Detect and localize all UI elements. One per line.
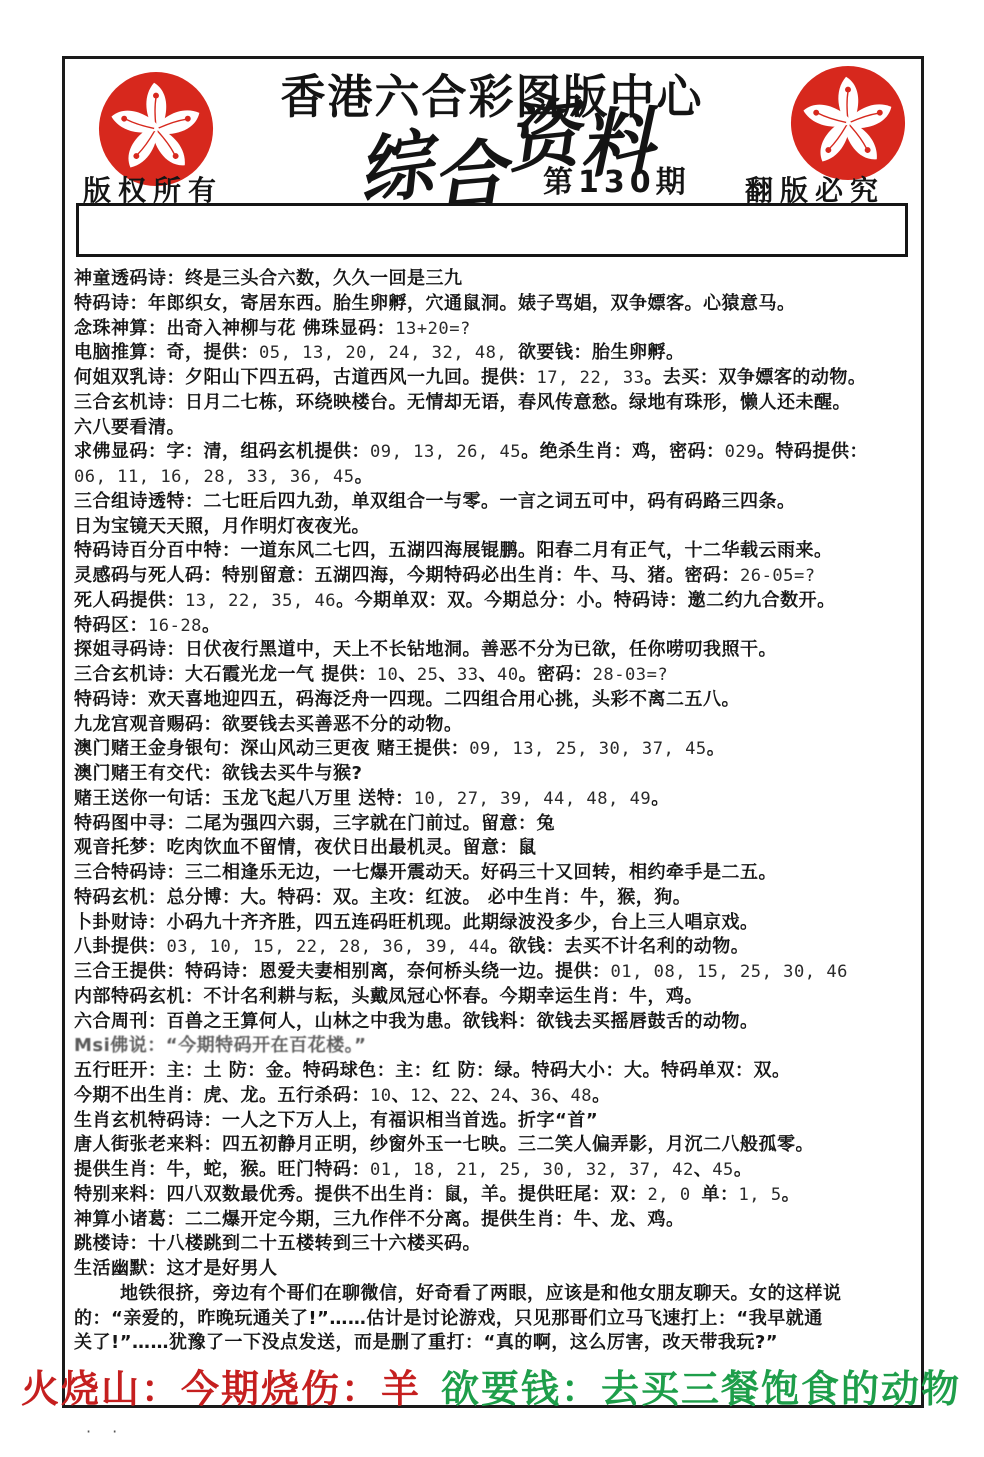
body-line: 三合玄机诗：日月二七栋，环绕映楼台。无情却无语，春风传意愁。绿地有珠形，懒人还未… [74, 388, 920, 413]
body-line: 提供生肖：牛，蛇，猴。旺门特码：01, 18, 21, 25, 30, 32, … [74, 1155, 920, 1180]
body-line: 死人码提供：13, 22, 35, 46。今期单双：双。今期总分：小。特码诗：邀… [74, 586, 920, 611]
body-line: 探姐寻码诗：日伏夜行黑道中，天上不长钻地洞。善恶不分为已欲，任你唠叨我照干。 [74, 635, 920, 660]
body-line: 跳楼诗：十八楼跳到二十五楼转到三十六楼买码。 [74, 1229, 920, 1254]
body-line: 观音托梦：吃肉饮血不留情，夜伏日出最机灵。留意：鼠 [74, 833, 920, 858]
body-line: 地铁很挤，旁边有个哥们在聊微信，好奇看了两眼，应该是和他女朋友聊天。女的这样说 [74, 1279, 920, 1304]
body-line: 澳门赌王有交代：欲钱去买牛与猴? [74, 759, 920, 784]
body-line: 卜卦财诗：小码九十齐齐胜，四五连码旺机现。此期绿波没多少，台上三人唱京戏。 [74, 908, 920, 933]
slogan-red: 火烧山：今期烧伤：羊 [21, 1358, 421, 1413]
slogan-green: 欲要钱：去买三餐饱食的动物 [441, 1358, 961, 1413]
body-line: 06, 11, 16, 28, 33, 36, 45。 [74, 462, 920, 487]
body-line: 日为宝镜天天照，月作明灯夜夜光。 [74, 512, 920, 537]
body-line: 九龙宫观音赐码：欲要钱去买善恶不分的动物。 [74, 710, 920, 735]
bauhinia-emblem-right-icon [789, 64, 907, 182]
body-line: 赌王送你一句话：玉龙飞起八万里 送特：10, 27, 39, 44, 48, 4… [74, 784, 920, 809]
body-line: 八卦提供：03, 10, 15, 22, 28, 36, 39, 44。欲钱：去… [74, 932, 920, 957]
body-line: 三合特码诗：三二相逢乐无边，一七爆开震动天。好码三十又回转，相约牵手是二五。 [74, 858, 920, 883]
body-line: 求佛显码：字：清，组码玄机提供：09, 13, 26, 45。绝杀生肖：鸡，密码… [74, 437, 920, 462]
body-line: 今期不出生肖：虎、龙。五行杀码：10、12、22、24、36、48。 [74, 1081, 920, 1106]
body-line: 六合周刊：百兽之王算何人，山林之中我为患。欲钱料：欲钱去买摇唇鼓舌的动物。 [74, 1007, 920, 1032]
body-line: 神童透码诗：终是三头合六数，久久一回是三九 [74, 264, 920, 289]
body-line: 念珠神算：出奇入神柳与花 佛珠显码：13+20=? [74, 314, 920, 339]
body-line: 关了!”……犹豫了一下没点发送，而是删了重打：“真的啊，这么厉害，改天带我玩?” [74, 1328, 920, 1353]
body-text: 神童透码诗：终是三头合六数，久久一回是三九特码诗：年郎织女，寄居东西。胎生卵孵，… [74, 264, 920, 1353]
body-line: 澳门赌王金身银句：深山风动三更夜 赌王提供：09, 13, 25, 30, 37… [74, 734, 920, 759]
body-line: 五行旺开：主：土 防：金。特码球色：主：红 防：绿。特码大小：大。特码单双：双。 [74, 1056, 920, 1081]
body-line: 生活幽默：这才是好男人 [74, 1254, 920, 1279]
body-line: 灵感码与死人码：特别留意：五湖四海，今期特码必出生肖：牛、马、猪。密码：26-0… [74, 561, 920, 586]
body-line: 生肖玄机特码诗：一人之下万人上，有福识相当首选。折字“首” [74, 1106, 920, 1131]
body-line: 特码图中寻：二尾为强四六弱，三字就在门前过。留意：兔 [74, 809, 920, 834]
body-line: 特码区：16-28。 [74, 611, 920, 636]
body-line: 特码诗：年郎织女，寄居东西。胎生卵孵，穴通鼠洞。婊子骂娼，双争嫖客。心猿意马。 [74, 289, 920, 314]
body-line: 特别来料：四八双数最优秀。提供不出生肖：鼠，羊。提供旺尾：双：2, 0 单：1,… [74, 1180, 920, 1205]
body-line: 唐人街张老来料：四五初静月正明，纱窗外玉一七映。三二笑人偏弄影，月沉二八般孤零。 [74, 1130, 920, 1155]
body-line: 的：“亲爱的，昨晚玩通关了!”……估计是讨论游戏，只见那哥们立马飞速打上：“我早… [74, 1304, 920, 1329]
body-line: 特码玄机：总分博：大。特码：双。主攻：红波。 必中生肖：牛，猴，狗。 [74, 883, 920, 908]
body-line: 三合玄机诗：大石霞光龙一气 提供：10、25、33、40。密码：28-03=? [74, 660, 920, 685]
body-line: 何姐双乳诗：夕阳山下四五码，古道西风一九回。提供：17, 22, 33。去买：双… [74, 363, 920, 388]
body-line: 特码诗百分百中特：一道东风二七四，五湖四海展锟鹏。阳春二月有正气，十二华载云雨来… [74, 536, 920, 561]
body-line: 特码诗：欢天喜地迎四五，码海泛舟一四现。二四组合用心挑，头彩不离二五八。 [74, 685, 920, 710]
body-line: 神算小诸葛：二二爆开定今期，三九作伴不分离。提供生肖：牛、龙、鸡。 [74, 1205, 920, 1230]
corner-dots: · · [86, 1422, 125, 1441]
body-line: 内部特码玄机：不计名利耕与耘，头戴凤冠心怀春。今期幸运生肖：牛，鸡。 [74, 982, 920, 1007]
issue-number: 第130期 [543, 157, 691, 201]
body-line: 六八要看清。 [74, 413, 920, 438]
body-line: 三合王提供：特码诗：恩爱夫妻相别离，奈何桥头绕一边。提供：01, 08, 15,… [74, 957, 920, 982]
body-line: 电脑推算：奇，提供：05, 13, 20, 24, 32, 48, 欲要钱：胎生… [74, 338, 920, 363]
slogan: 火烧山：今期烧伤：羊 欲要钱：去买三餐饱食的动物 [76, 1358, 906, 1413]
lottery-info-sheet: 香港六合彩图版中心 综合资料 第130期 版权所有 翻版必究 神童透码诗：终是三… [0, 0, 984, 1457]
body-line: Msi佛说：“今期特码开在百花楼。” [74, 1031, 920, 1056]
body-line: 三合组诗透特：二七旺后四九劲，单双组合一与零。一言之词五可中，码有码路三四条。 [74, 487, 920, 512]
notice-box [76, 203, 908, 257]
